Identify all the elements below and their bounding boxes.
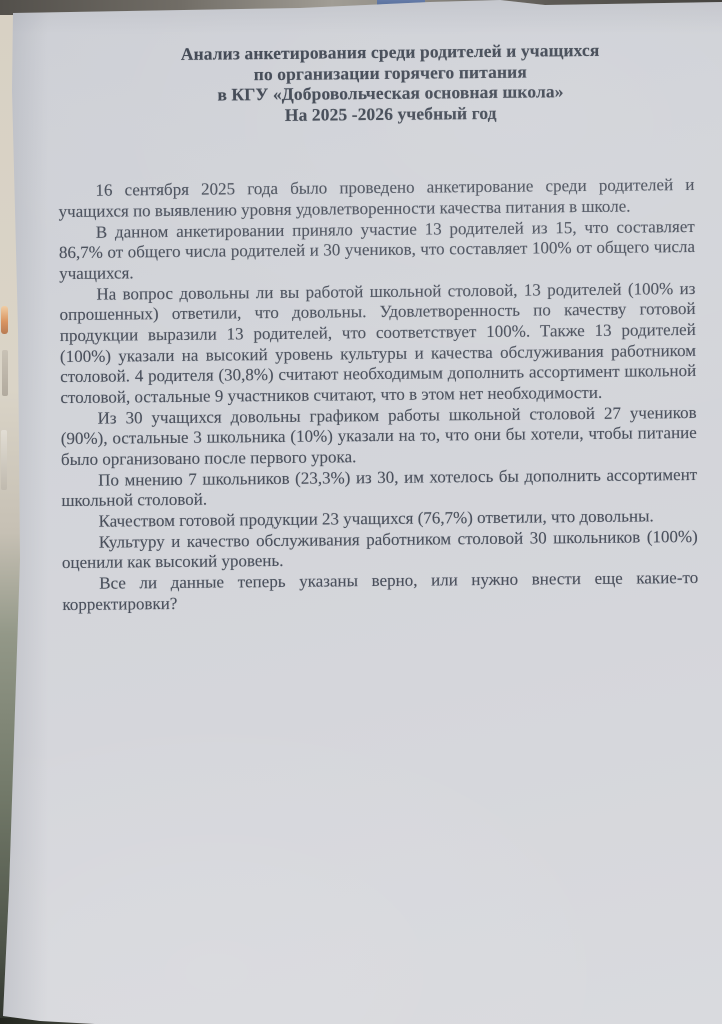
doc-paragraph: В данном анкетировании приняло участие 1… [59,217,696,285]
document-title: Анализ анкетирования среди родителей и у… [57,39,694,127]
doc-paragraph: На вопрос довольны ли вы работой школьно… [59,279,696,409]
doc-paragraph: 16 сентября 2025 года было проведено анк… [58,175,694,222]
document-page: Анализ анкетирования среди родителей и у… [0,0,722,1024]
doc-paragraph: Культуру и качество обслуживания работни… [62,526,698,573]
background-speck [2,350,8,396]
doc-paragraph: Качеством готовой продукции 23 учащихся … [61,506,697,533]
doc-paragraph: По мнению 7 школьников (23,3%) из 30, им… [61,464,697,511]
document-content: Анализ анкетирования среди родителей и у… [57,39,698,615]
title-line-3: в КГУ «Добровольческая основная школа» [87,80,693,106]
title-line-2: по организации горячего питания [87,60,693,86]
doc-paragraph: Из 30 учащихся довольны графиком работы … [61,403,698,471]
photo-of-document: Анализ анкетирования среди родителей и у… [0,0,722,1024]
doc-paragraph: Все ли данные теперь указаны верно, или … [62,568,698,615]
title-line-4: На 2025 -2026 учебный год [88,101,694,127]
background-speck [1,306,8,334]
background-speck [1,430,7,490]
title-line-1: Анализ анкетирования среди родителей и у… [87,39,693,65]
